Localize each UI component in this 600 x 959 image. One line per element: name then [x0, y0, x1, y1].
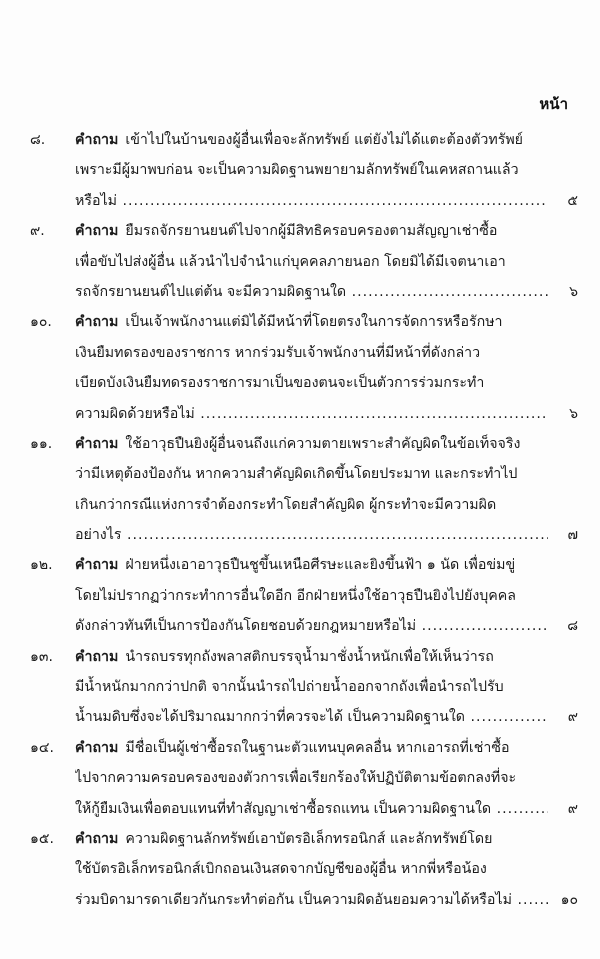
entry-page-number: ๖ — [548, 399, 578, 429]
entry-text-line: โดยไม่ปรากฏว่ากระทำการอื่นใดอีก อีกฝ่ายห… — [75, 588, 516, 604]
entry-page-number: ๗ — [548, 520, 578, 550]
entry-text-line: ร่วมบิดามารดาเดียวกันกระทำต่อกัน เป็นควา… — [75, 892, 548, 908]
entry-text-line: เป็นเจ้าพนักงานแต่มิได้มีหน้าที่โดยตรงใน… — [125, 314, 502, 330]
entry-text-line: นำรถบรรทุกถังพลาสติกบรรจุน้ำมาชั่งน้ำหนั… — [125, 649, 494, 665]
entry-text-line: ความผิดฐานลักทรัพย์เอาบัตรอิเล็กทรอนิกส์… — [125, 831, 492, 847]
toc-entry[interactable]: ๙. คำถามยืมรถจักรยานยนต์ไปจากผู้มีสิทธิค… — [0, 216, 600, 307]
entry-text-line: หรือไม่ — [75, 193, 548, 209]
toc-entry[interactable]: ๑๑. คำถามใช้อาวุธปืนยิงผู้อื่นจนถึงแก่คว… — [0, 429, 600, 551]
entry-page-number: ๑๐ — [548, 885, 578, 915]
question-label: คำถาม — [75, 314, 118, 330]
entry-text-line: ให้กู้ยืมเงินเพื่อตอบแทนที่ทำสัญญาเช่าซื… — [75, 801, 548, 817]
entry-page-number: ๖ — [548, 277, 578, 307]
entry-text-line: เพื่อขับไปส่งผู้อื่น แล้วนำไปจำนำแก่บุคค… — [75, 254, 506, 270]
entry-text-line: ว่ามีเหตุต้องป้องกัน หากความสำคัญผิดเกิด… — [75, 466, 517, 482]
entry-number: ๑๕. — [30, 824, 72, 854]
entry-number: ๑๐. — [30, 307, 72, 337]
entry-text-line: อย่างไร — [75, 527, 548, 543]
question-label: คำถาม — [75, 649, 118, 665]
toc-entry[interactable]: ๑๓. คำถามนำรถบรรทุกถังพลาสติกบรรจุน้ำมาช… — [0, 642, 600, 733]
entry-number: ๑๓. — [30, 642, 72, 672]
entry-page-number: ๘ — [548, 611, 578, 641]
entry-text-line: มีน้ำหนักมากกว่าปกติ จากนั้นนำรถไปถ่ายน้… — [75, 679, 504, 695]
entry-text-line: รถจักรยานยนต์ไปแต่ต้น จะมีความผิดฐานใด — [75, 284, 548, 300]
document-page: หน้า ๘. คำถามเข้าไปในบ้านของผู้อื่นเพื่อ… — [0, 0, 600, 959]
entry-text-line: ฝ่ายหนึ่งเอาอาวุธปืนชูขึ้นเหนือศีรษะและย… — [125, 557, 515, 573]
entry-text-line: เงินยืมทดรองของราชการ หากร่วมรับเจ้าพนัก… — [75, 345, 480, 361]
question-label: คำถาม — [75, 436, 118, 452]
entry-number: ๘. — [30, 125, 72, 155]
entry-page-number: ๕ — [548, 186, 578, 216]
entry-text-line: น้ำนมดิบซึ่งจะได้ปริมาณมากกว่าที่ควรจะได… — [75, 709, 548, 725]
toc-entry[interactable]: ๑๒. คำถามฝ่ายหนึ่งเอาอาวุธปืนชูขึ้นเหนือ… — [0, 550, 600, 641]
entry-text-line: ความผิดด้วยหรือไม่ — [75, 406, 548, 422]
entry-text-line: ไปจากความครอบครองของตัวการเพื่อเรียกร้อง… — [75, 770, 516, 786]
entry-page-number: ๙ — [548, 702, 578, 732]
entry-page-number: ๙ — [548, 794, 578, 824]
table-of-contents: ๘. คำถามเข้าไปในบ้านของผู้อื่นเพื่อจะลัก… — [0, 125, 600, 915]
entry-text-line: เพราะมีผู้มาพบก่อน จะเป็นความผิดฐานพยายา… — [75, 162, 519, 178]
toc-entry[interactable]: ๑๐. คำถามเป็นเจ้าพนักงานแต่มิได้มีหน้าที… — [0, 307, 600, 429]
toc-entry[interactable]: ๘. คำถามเข้าไปในบ้านของผู้อื่นเพื่อจะลัก… — [0, 125, 600, 216]
entry-text-line: ยืมรถจักรยานยนต์ไปจากผู้มีสิทธิครอบครองต… — [125, 223, 497, 239]
toc-entry[interactable]: ๑๔. คำถามมีชื่อเป็นผู้เช่าซื้อรถในฐานะตั… — [0, 733, 600, 824]
page-column-header: หน้า — [539, 92, 568, 116]
entry-number: ๙. — [30, 216, 72, 246]
entry-text-line: ใช้บัตรอิเล็กทรอนิกส์เบิกถอนเงินสดจากบัญ… — [75, 861, 487, 877]
toc-entry[interactable]: ๑๕. คำถามความผิดฐานลักทรัพย์เอาบัตรอิเล็… — [0, 824, 600, 915]
question-label: คำถาม — [75, 740, 118, 756]
question-label: คำถาม — [75, 132, 118, 148]
entry-number: ๑๔. — [30, 733, 72, 763]
entry-number: ๑๒. — [30, 550, 72, 580]
entry-text-line: มีชื่อเป็นผู้เช่าซื้อรถในฐานะตัวแทนบุคคล… — [125, 740, 509, 756]
entry-number: ๑๑. — [30, 429, 72, 459]
entry-text-line: เบียดบังเงินยืมทดรองราชการมาเป็นของตนจะเ… — [75, 375, 484, 391]
question-label: คำถาม — [75, 223, 118, 239]
entry-text-line: เข้าไปในบ้านของผู้อื่นเพื่อจะลักทรัพย์ แ… — [125, 132, 523, 148]
entry-text-line: เกินกว่ากรณีแห่งการจำต้องกระทำโดยสำคัญผิ… — [75, 497, 496, 513]
question-label: คำถาม — [75, 557, 118, 573]
entry-text-line: ใช้อาวุธปืนยิงผู้อื่นจนถึงแก่ความตายเพรา… — [125, 436, 520, 452]
entry-text-line: ดังกล่าวทันทีเป็นการป้องกันโดยชอบด้วยกฎห… — [75, 618, 548, 634]
question-label: คำถาม — [75, 831, 118, 847]
